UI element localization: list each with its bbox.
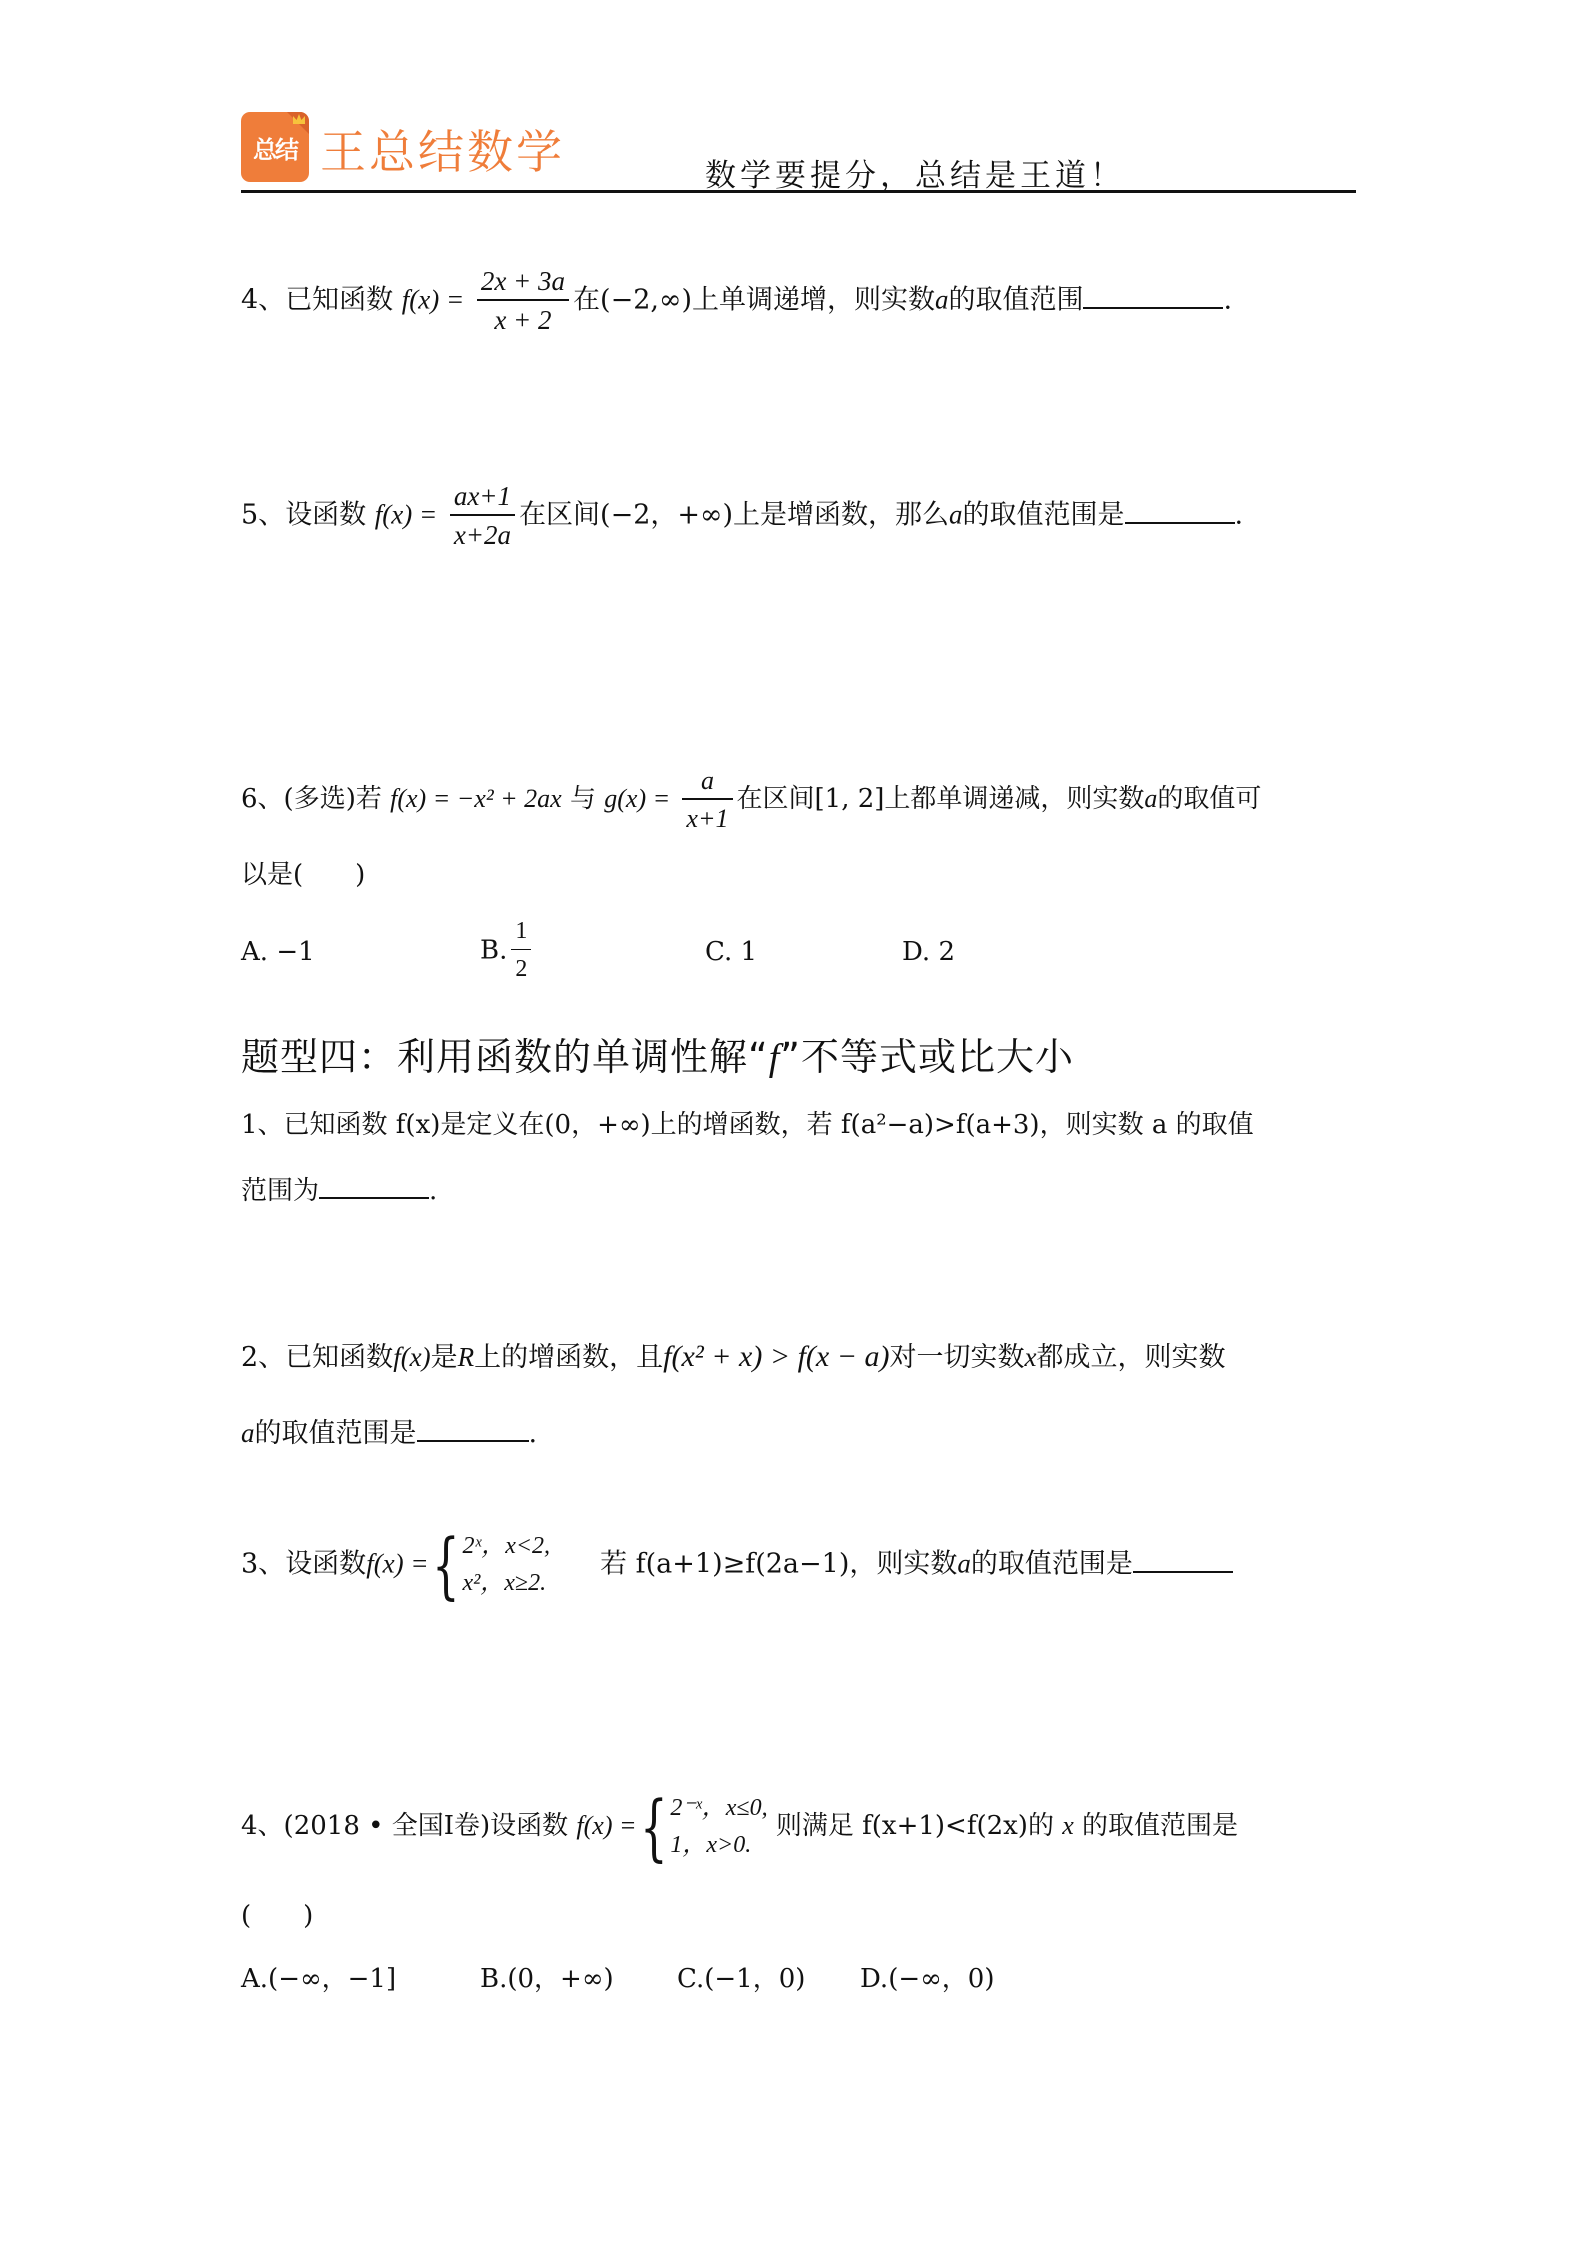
problem-text: (多选)若: [284, 784, 382, 814]
numerator: 1: [511, 918, 531, 950]
problem-text: 在(−2,∞)上单调递增，则实数: [573, 285, 935, 316]
problem-2-1: 1、已知函数 f(x)是定义在(0，+∞)上的增函数，若 f(a²−a)>f(a…: [241, 1112, 1254, 1138]
piecewise-cases: 2ˣ，x<2,x²，x≥2.: [462, 1528, 550, 1602]
problem-2-3: 3、设函数f(x) ={2ˣ，x<2,x²，x≥2.若 f(a+1)≥f(2a−…: [241, 1528, 1233, 1602]
problem-number: 6、: [241, 784, 284, 814]
logo-badge: 总结: [241, 112, 309, 182]
heading-text: 题型四：利用函数的单调性解“: [241, 1035, 769, 1079]
option-value: (−1，0): [704, 1964, 805, 1994]
function-label: g(x) =: [604, 784, 670, 813]
option-d[interactable]: D.(−∞，0): [860, 1958, 994, 1995]
problem-number: 4、: [241, 285, 285, 316]
problem-2-1-line2: 范围为.: [241, 1175, 437, 1204]
variable: a: [935, 285, 949, 315]
problem-6-line2: 以是( ): [241, 862, 365, 888]
numerator: 2x + 3a: [477, 268, 569, 301]
brace-icon: {: [432, 1529, 459, 1601]
option-a[interactable]: A.(−∞，−1]: [241, 1958, 396, 1995]
problem-number: 1、: [241, 1110, 284, 1140]
answer-blank[interactable]: [1083, 285, 1223, 309]
heading-variable: f: [769, 1037, 781, 1079]
problem-4: 4、已知函数 f(x) = 2x + 3a x + 2 在(−2,∞)上单调递增…: [241, 268, 1232, 334]
answer-blank[interactable]: [1133, 1549, 1233, 1573]
problem-5: 5、设函数 f(x) = ax+1 x+2a 在区间(−2，+∞)上是增函数，那…: [241, 483, 1243, 549]
problem-text: 已知函数 f(x)是定义在(0，+∞)上的增函数，若 f(a²−a)>f(a+3…: [284, 1110, 1254, 1140]
problem-text: 已知函数: [285, 285, 393, 316]
section-heading: 题型四：利用函数的单调性解“f”不等式或比大小: [241, 1026, 1074, 1081]
case-1: 2ˣ，x<2,: [462, 1528, 550, 1565]
problem-text: 在区间(−2，+∞)上是增函数，那么: [519, 500, 949, 531]
case-2: 1，x>0.: [670, 1827, 767, 1864]
slogan: 数学要提分，总结是王道！: [705, 150, 1125, 195]
set-symbol: R: [458, 1342, 475, 1372]
answer-blank[interactable]: [417, 1418, 529, 1442]
period: .: [1235, 500, 1244, 531]
period: .: [1223, 285, 1232, 316]
option-label: A.: [241, 937, 268, 967]
option-value: −1: [276, 937, 314, 967]
problem-number: 5、: [241, 500, 285, 531]
variable: a: [241, 1418, 255, 1448]
denominator: 2: [511, 950, 531, 983]
function-label: f(x) =: [402, 285, 464, 315]
inequality-expression: f(x² + x) > f(x − a): [663, 1340, 889, 1373]
problem-text: 的取值范围是: [971, 1549, 1133, 1580]
case-2: x²，x≥2.: [462, 1565, 550, 1602]
problem-text: 的取值范围是: [255, 1418, 417, 1449]
function-label: f(x) =: [366, 1549, 428, 1579]
denominator: x+2a: [450, 516, 515, 549]
problem-text: 在区间[1, 2]上都单调递减，则实数: [737, 784, 1145, 814]
function-expression: f(x) = −x² + 2ax: [390, 784, 562, 813]
option-label: B.: [480, 936, 507, 966]
numerator: ax+1: [450, 483, 515, 516]
variable: x: [1024, 1342, 1036, 1372]
option-value: 1: [741, 937, 758, 967]
problem-text: 与: [570, 784, 596, 814]
variable: a: [957, 1549, 971, 1579]
brand-name: 王总结数学: [320, 116, 565, 182]
option-b[interactable]: B.(0，+∞): [480, 1958, 614, 1995]
denominator: x + 2: [477, 301, 569, 334]
period: .: [529, 1418, 538, 1449]
period: .: [429, 1176, 437, 1206]
problem-2-4-line2: ( ): [241, 1903, 313, 1929]
brace-icon: {: [640, 1791, 667, 1863]
problem-text: 上的增函数，且: [474, 1342, 663, 1373]
problem-text: 范围为: [241, 1176, 319, 1206]
option-a[interactable]: A. −1: [241, 937, 315, 967]
piecewise-cases: 2⁻ˣ，x≤0,1，x>0.: [670, 1790, 767, 1864]
problem-text: 设函数: [285, 1549, 366, 1580]
problem-text: 的取值范围是: [963, 500, 1125, 531]
problem-text: 是: [431, 1342, 458, 1373]
fraction: a x+1: [682, 768, 732, 832]
problem-text: 设函数: [285, 500, 366, 531]
option-b[interactable]: B.12: [480, 918, 535, 983]
header-divider: [241, 190, 1356, 193]
problem-text: 的取值范围是: [1082, 1811, 1238, 1841]
problem-number: 2、: [241, 1342, 285, 1373]
denominator: x+1: [682, 800, 732, 832]
option-value: (−∞，−1]: [268, 1964, 396, 1994]
problem-2-2: 2、已知函数f(x)是R上的增函数，且f(x² + x) > f(x − a)对…: [241, 1342, 1225, 1372]
heading-text: ”不等式或比大小: [780, 1035, 1074, 1079]
answer-blank[interactable]: [319, 1175, 429, 1199]
fraction: 12: [511, 918, 531, 983]
problem-number: 4、: [241, 1811, 284, 1841]
function-label: f(x) =: [576, 1811, 636, 1840]
option-label: C.: [677, 1964, 704, 1994]
problem-number: 3、: [241, 1549, 285, 1580]
problem-text: 的取值范围: [948, 285, 1083, 316]
logo-badge-text: 总结: [253, 130, 297, 165]
option-value: (−∞，0): [888, 1964, 994, 1994]
option-value: 2: [938, 937, 955, 967]
problem-text: (2018 • 全国Ⅰ卷)设函数: [284, 1811, 569, 1841]
problem-text: 已知函数: [285, 1342, 393, 1373]
problem-6: 6、(多选)若 f(x) = −x² + 2ax 与 g(x) = a x+1 …: [241, 768, 1261, 832]
option-value: (0，+∞): [507, 1964, 613, 1994]
option-label: D.: [860, 1964, 888, 1994]
variable: a: [949, 500, 963, 530]
option-label: B.: [480, 1964, 507, 1994]
answer-blank[interactable]: [1125, 500, 1235, 524]
problem-2-2-line2: a的取值范围是.: [241, 1418, 537, 1447]
problem-text: 则满足 f(x+1)<f(2x)的: [776, 1811, 1054, 1841]
option-label: A.: [241, 1964, 268, 1994]
problem-text: 若 f(a+1)≥f(2a−1)，则实数: [600, 1549, 957, 1580]
function-label: f(x) =: [375, 500, 437, 530]
problem-text: 的取值可: [1157, 784, 1261, 814]
case-1: 2⁻ˣ，x≤0,: [670, 1790, 767, 1827]
option-label: D.: [902, 937, 930, 967]
fraction: 2x + 3a x + 2: [477, 268, 569, 334]
option-c[interactable]: C. 1: [705, 937, 757, 967]
option-label: C.: [705, 937, 732, 967]
numerator: a: [682, 768, 732, 800]
problem-text: 对一切实数: [889, 1342, 1024, 1373]
fraction: ax+1 x+2a: [450, 483, 515, 549]
variable: x: [1062, 1811, 1074, 1840]
variable: a: [1144, 784, 1157, 813]
problem-2-4: 4、(2018 • 全国Ⅰ卷)设函数 f(x) ={2⁻ˣ，x≤0,1，x>0.…: [241, 1790, 1238, 1864]
option-c[interactable]: C.(−1，0): [677, 1958, 805, 1995]
function-label: f(x): [393, 1342, 430, 1372]
option-d[interactable]: D. 2: [902, 937, 955, 967]
problem-text: 都成立，则实数: [1036, 1342, 1225, 1373]
